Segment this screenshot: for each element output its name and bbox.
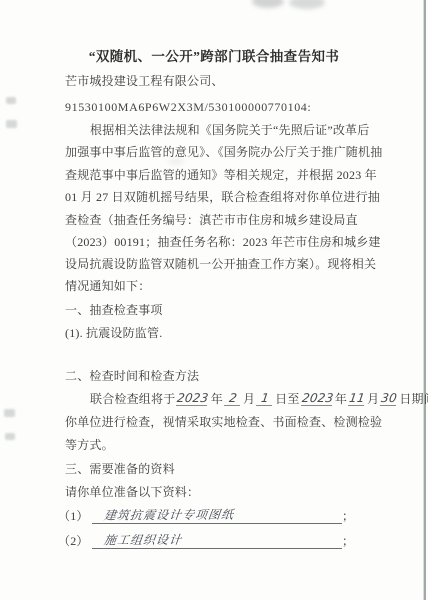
date-line-text: 日至 <box>275 392 299 406</box>
handwritten-material-2: 施工组织设计 <box>103 533 183 549</box>
item-suffix: ； <box>342 509 354 523</box>
section1-item: (1). 抗震设防监管. <box>65 325 162 341</box>
item-number: （1） <box>58 508 92 524</box>
section1-heading: 一、抽查检查事项 <box>65 302 163 318</box>
page-edge-line <box>424 0 426 600</box>
section2-heading: 二、检查时间和检查方法 <box>65 368 199 384</box>
handwritten-end-month: 11 <box>348 391 366 406</box>
recipient-line: 芒市城投建设工程有限公司、 <box>65 73 224 89</box>
handwritten-start-year: 2023 <box>176 391 209 406</box>
material-item-row: （1）建筑抗震设计专项图纸； <box>58 507 354 524</box>
document-title: “双随机、一公开”跨部门联合抽查告知书 <box>30 45 398 65</box>
binding-mark <box>4 409 15 417</box>
item-suffix: ； <box>342 534 354 548</box>
body-line: 01 月 27 日双随机摇号结果，联合检查组将对你单位进行抽 <box>65 189 380 205</box>
handwritten-start-day: 1 <box>256 391 274 406</box>
scan-smudge <box>289 0 325 9</box>
body-line: 你单位进行检查，视情采取实地检查、书面检查、检测检验 <box>65 414 382 430</box>
document-page: “双随机、一公开”跨部门联合抽查告知书 芒市城投建设工程有限公司、 915301… <box>0 0 428 600</box>
material-item-row: （2）施工组织设计； <box>58 532 354 549</box>
handwritten-material-1: 建筑抗震设计专项图纸 <box>103 508 235 524</box>
date-line-text: 月 <box>243 392 255 406</box>
fill-in-blank: 建筑抗震设计专项图纸 <box>92 507 342 524</box>
body-line: 加强事中事后监管的意见》、《国务院办公厅关于推广随机抽 <box>65 144 382 160</box>
binding-mark <box>6 120 17 128</box>
section3-heading: 三、需要准备的资料 <box>65 461 175 477</box>
fill-in-blank: 施工组织设计 <box>92 532 342 549</box>
body-line: 等方式。 <box>65 437 114 453</box>
handwritten-end-day: 30 <box>380 391 398 406</box>
body-line: 设局抗震设防监管双随机一公开抽查工作方案）。现将相关 <box>65 256 376 272</box>
body-line: 根据相关法律法规和《国务院关于“先照后证”改革后 <box>90 122 369 138</box>
binding-mark <box>6 97 16 104</box>
binding-mark <box>5 433 15 440</box>
date-line-text: 年 <box>335 392 347 406</box>
date-line-text: 月 <box>367 392 379 406</box>
body-line: 查规范事中事后监管的通知》等相关规定，并根据 2023 年 <box>65 167 377 183</box>
date-line-text: 日期间对 <box>399 392 428 406</box>
date-line-text: 年 <box>211 392 223 406</box>
handwritten-start-month: 2 <box>224 391 242 406</box>
credit-code-line: 91530100MA6P6W2X3M/530100000770104: <box>65 99 311 115</box>
handwritten-end-year: 2023 <box>301 391 334 406</box>
body-line: （2023）00191；抽查任务名称：2023 年芒市住房和城乡建 <box>65 234 381 250</box>
body-line: 查检查（抽查任务编号：滇芒市市住房和城乡建设局直 <box>65 212 358 228</box>
body-line: 情况通知如下： <box>65 278 150 294</box>
scan-smudge <box>252 0 284 8</box>
item-number: （2） <box>58 533 92 549</box>
inspection-date-line: 联合检查组将于2023年2月1日至2023年11月30日期间对 <box>90 391 428 407</box>
date-line-text: 联合检查组将于 <box>90 392 175 406</box>
section3-intro: 请你单位准备以下资料： <box>65 484 199 500</box>
